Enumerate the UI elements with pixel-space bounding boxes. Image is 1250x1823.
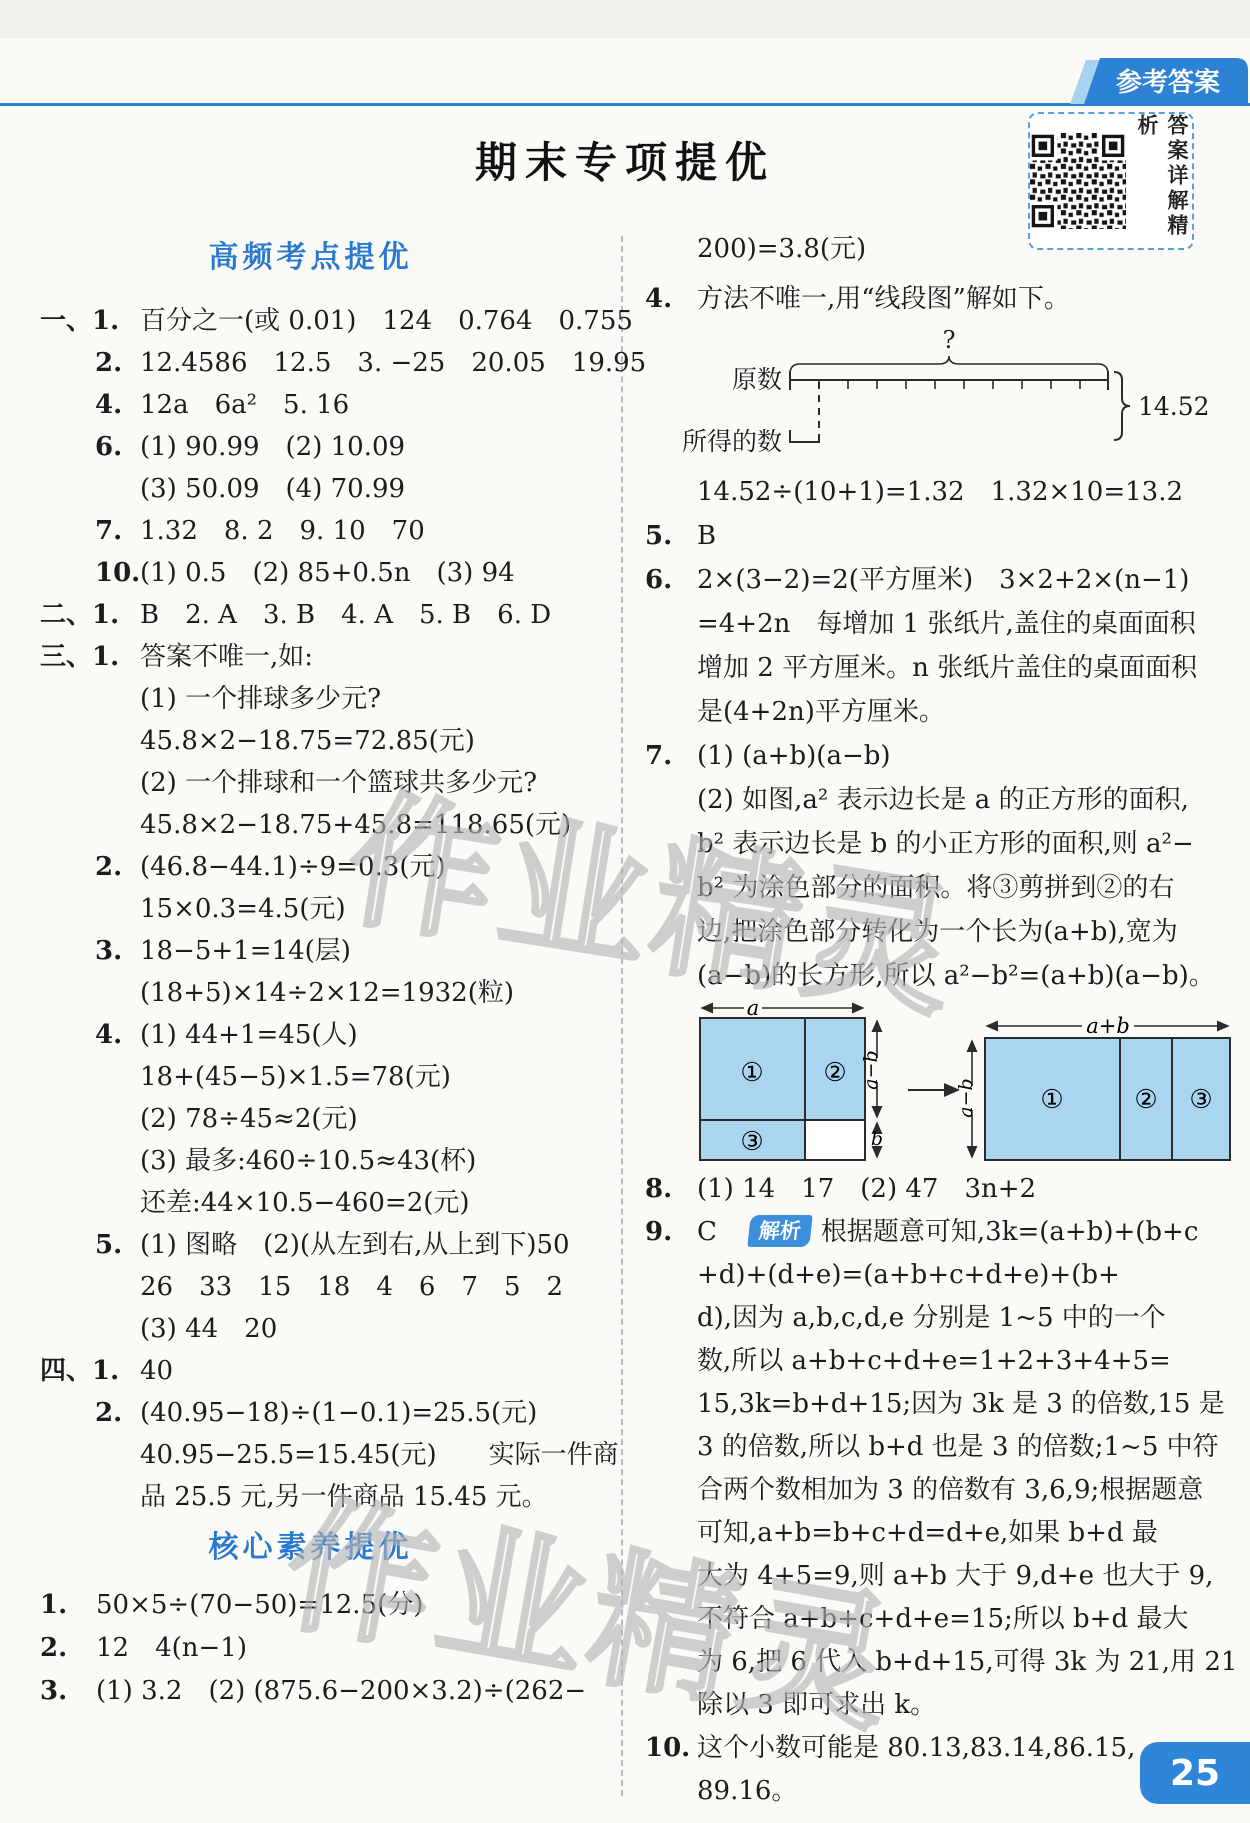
bar-ticks (819, 380, 1080, 389)
answer-line: 15,3k=b+d+15;因为 3k 是 3 的倍数,15 是 (640, 1383, 1240, 1426)
question-mark-label: ? (943, 326, 956, 354)
right-column-bottom-answers: 8.(1) 14 17 (2) 47 3n+29.C解析根据题意可知,3k=(a… (640, 1168, 1240, 1813)
answer-line: 1.50×5÷(70−50)=12.5(分) (38, 1584, 613, 1627)
reference-answers-ribbon: 参考答案 (1062, 58, 1250, 106)
original-number-label: 原数 (732, 365, 782, 394)
region-3-label: ③ (1189, 1085, 1212, 1115)
column-divider (621, 236, 623, 1796)
region-1-label: ① (740, 1058, 763, 1088)
answer-line: (a−b)的长方形,所以 a²−b²=(a+b)(a−b)。 (640, 954, 1240, 998)
page-number-badge: 25 (1140, 1742, 1250, 1804)
over-brace (790, 356, 1108, 374)
answer-line: 7.(1) (a+b)(a−b) (640, 734, 1240, 778)
answer-line: 45.8×2−18.75=72.85(元) (38, 720, 613, 762)
answer-line: 不符合 a+b+c+d+e=15;所以 b+d 最大 (640, 1598, 1240, 1641)
answer-line: 18+(45−5)×1.5=78(元) (38, 1056, 613, 1098)
answer-line: 2.12.4586 12.5 3. −25 20.05 19.95 (38, 342, 613, 384)
answer-line: 是(4+2n)平方厘米。 (640, 690, 1240, 734)
answer-line: 14.52÷(10+1)=1.32 1.32×10=13.2 (640, 470, 1240, 514)
answer-line: (18+5)×14÷2×12=1932(粒) (38, 972, 613, 1014)
answer-line: (2) 一个排球和一个篮球共多少元? (38, 762, 613, 804)
dim-b-label: b (871, 1128, 883, 1150)
result-bracket (790, 430, 819, 442)
dim-a-minus-b-label: a−b (955, 1078, 977, 1117)
left-column-core-answers: 1.50×5÷(70−50)=12.5(分)2.12 4(n−1)3.(1) 3… (38, 1584, 613, 1713)
answer-line: 3 的倍数,所以 b+d 也是 3 的倍数;1~5 中符 (640, 1426, 1240, 1469)
answer-line: 大为 4+5=9,则 a+b 大于 9,d+e 也大于 9, (640, 1555, 1240, 1598)
answer-line: 一、1.百分之一(或 0.01) 124 0.764 0.755 (38, 300, 613, 342)
answer-line: 品 25.5 元,另一件商品 15.45 元。 (38, 1476, 613, 1518)
answer-line: 8.(1) 14 17 (2) 47 3n+2 (640, 1168, 1240, 1211)
answer-line: 10.(1) 0.5 (2) 85+0.5n (3) 94 (38, 552, 613, 594)
answer-line: 6.(1) 90.99 (2) 10.09 (38, 426, 613, 468)
answer-line: 9.C解析根据题意可知,3k=(a+b)+(b+c (640, 1211, 1240, 1254)
answer-line: 5.B (640, 514, 1240, 558)
analysis-badge: 解析 (747, 1215, 812, 1247)
answer-line: (2) 78÷45≈2(元) (38, 1098, 613, 1140)
answer-line: 2.(40.95−18)÷(1−0.1)=25.5(元) (38, 1392, 613, 1434)
answer-line: 二、1.B 2. A 3. B 4. A 5. B 6. D (38, 594, 613, 636)
section-heading-core-literacy: 核心素养提优 (38, 1522, 583, 1566)
dim-a-plus-b-label: a+b (1086, 1014, 1130, 1038)
right-rectangle: ① ② ③ a+b a−b (955, 1014, 1230, 1160)
answer-line: 4.方法不唯一,用“线段图”解如下。 (640, 274, 1240, 324)
answer-line: 200)=3.8(元) (640, 224, 1240, 274)
answer-line: d),因为 a,b,c,d,e 分别是 1~5 中的一个 (640, 1297, 1240, 1340)
result-number-label: 所得的数 (682, 427, 782, 456)
answer-line: 15×0.3=4.5(元) (38, 888, 613, 930)
page-number: 25 (1170, 1753, 1220, 1794)
answer-line: 3.18−5+1=14(层) (38, 930, 613, 972)
answer-line: 2.(46.8−44.1)÷9=0.3(元) (38, 846, 613, 888)
answer-line: (2) 如图,a² 表示边长是 a 的正方形的面积, (640, 778, 1240, 822)
answer-line: (3) 44 20 (38, 1308, 613, 1350)
answer-line: 4.12a 6a² 5. 16 (38, 384, 613, 426)
page-title: 期末专项提优 (0, 130, 1250, 190)
answer-line: 还差:44×10.5−460=2(元) (38, 1182, 613, 1224)
answer-line: 2.12 4(n−1) (38, 1627, 613, 1670)
answer-line: 6.2×(3−2)=2(平方厘米) 3×2+2×(n−1) (640, 558, 1240, 602)
total-value-label: 14.52 (1138, 392, 1210, 421)
answer-line: 除以 3 即可求出 k。 (640, 1684, 1240, 1727)
answer-line: 三、1.答案不唯一,如: (38, 636, 613, 678)
answer-line: 5.(1) 图略 (2)(从左到右,从上到下)50 (38, 1224, 613, 1266)
dim-a-label: a (747, 998, 760, 1020)
area-figure: ① ② ③ a a−b b ① ② ③ a+b a−b (640, 998, 1240, 1168)
region-2-label: ② (823, 1058, 846, 1088)
answer-line: 合两个数相加为 3 的倍数有 3,6,9;根据题意 (640, 1469, 1240, 1512)
section-heading-high-frequency: 高频考点提优 (38, 232, 583, 276)
answer-line: 4.(1) 44+1=45(人) (38, 1014, 613, 1056)
answer-line: (1) 一个排球多少元? (38, 678, 613, 720)
left-square: ① ② ③ a a−b b (700, 998, 883, 1160)
page-top-edge (0, 0, 1250, 38)
region-3-label: ③ (740, 1127, 763, 1157)
answer-line: 40.95−25.5=15.45(元) 实际一件商 (38, 1434, 613, 1476)
ribbon-label: 参考答案 (1116, 68, 1220, 98)
answer-page: { "header": { "ribbon": "参考答案", "page_ti… (0, 0, 1250, 1823)
answer-line: b² 表示边长是 b 的小正方形的面积,则 a²− (640, 822, 1240, 866)
answer-line: =4+2n 每增加 1 张纸片,盖住的桌面面积 (640, 602, 1240, 646)
answer-line: 7.1.32 8. 2 9. 10 70 (38, 510, 613, 552)
answer-line: 边,把涂色部分转化为一个长为(a+b),宽为 (640, 910, 1240, 954)
segment-diagram: ? 原数 所得的数 14.52 (640, 324, 1240, 470)
answer-line: 数,所以 a+b+c+d+e=1+2+3+4+5= (640, 1340, 1240, 1383)
answer-line: 可知,a+b=b+c+d=d+e,如果 b+d 最 (640, 1512, 1240, 1555)
answer-line: +d)+(d+e)=(a+b+c+d+e)+(b+ (640, 1254, 1240, 1297)
answer-line: (3) 最多:460÷10.5≈43(杯) (38, 1140, 613, 1182)
region-2-label: ② (1134, 1085, 1157, 1115)
region-1-label: ① (1040, 1085, 1063, 1115)
answer-line: (3) 50.09 (4) 70.99 (38, 468, 613, 510)
right-column-middle-answers: 14.52÷(10+1)=1.32 1.32×10=13.25.B6.2×(3−… (640, 470, 1240, 998)
answer-line: 增加 2 平方厘米。n 张纸片盖住的桌面面积 (640, 646, 1240, 690)
left-column-answers: 一、1.百分之一(或 0.01) 124 0.764 0.7552.12.458… (38, 300, 613, 1518)
answer-line: 45.8×2−18.75+45.8=118.65(元) (38, 804, 613, 846)
answer-line: 四、1.40 (38, 1350, 613, 1392)
right-brace (1114, 372, 1130, 440)
right-column-top-answers: 200)=3.8(元)4.方法不唯一,用“线段图”解如下。 (640, 224, 1240, 324)
answer-line: 3.(1) 3.2 (2) (875.6−200×3.2)÷(262− (38, 1670, 613, 1713)
dim-a-minus-b-label: a−b (860, 1050, 882, 1089)
answer-line: 为 6,把 6 代入 b+d+15,可得 3k 为 21,用 21 (640, 1641, 1240, 1684)
answer-line: b² 为涂色部分的面积。将③剪拼到②的右 (640, 866, 1240, 910)
answer-line: 26 33 15 18 4 6 7 5 2 (38, 1266, 613, 1308)
